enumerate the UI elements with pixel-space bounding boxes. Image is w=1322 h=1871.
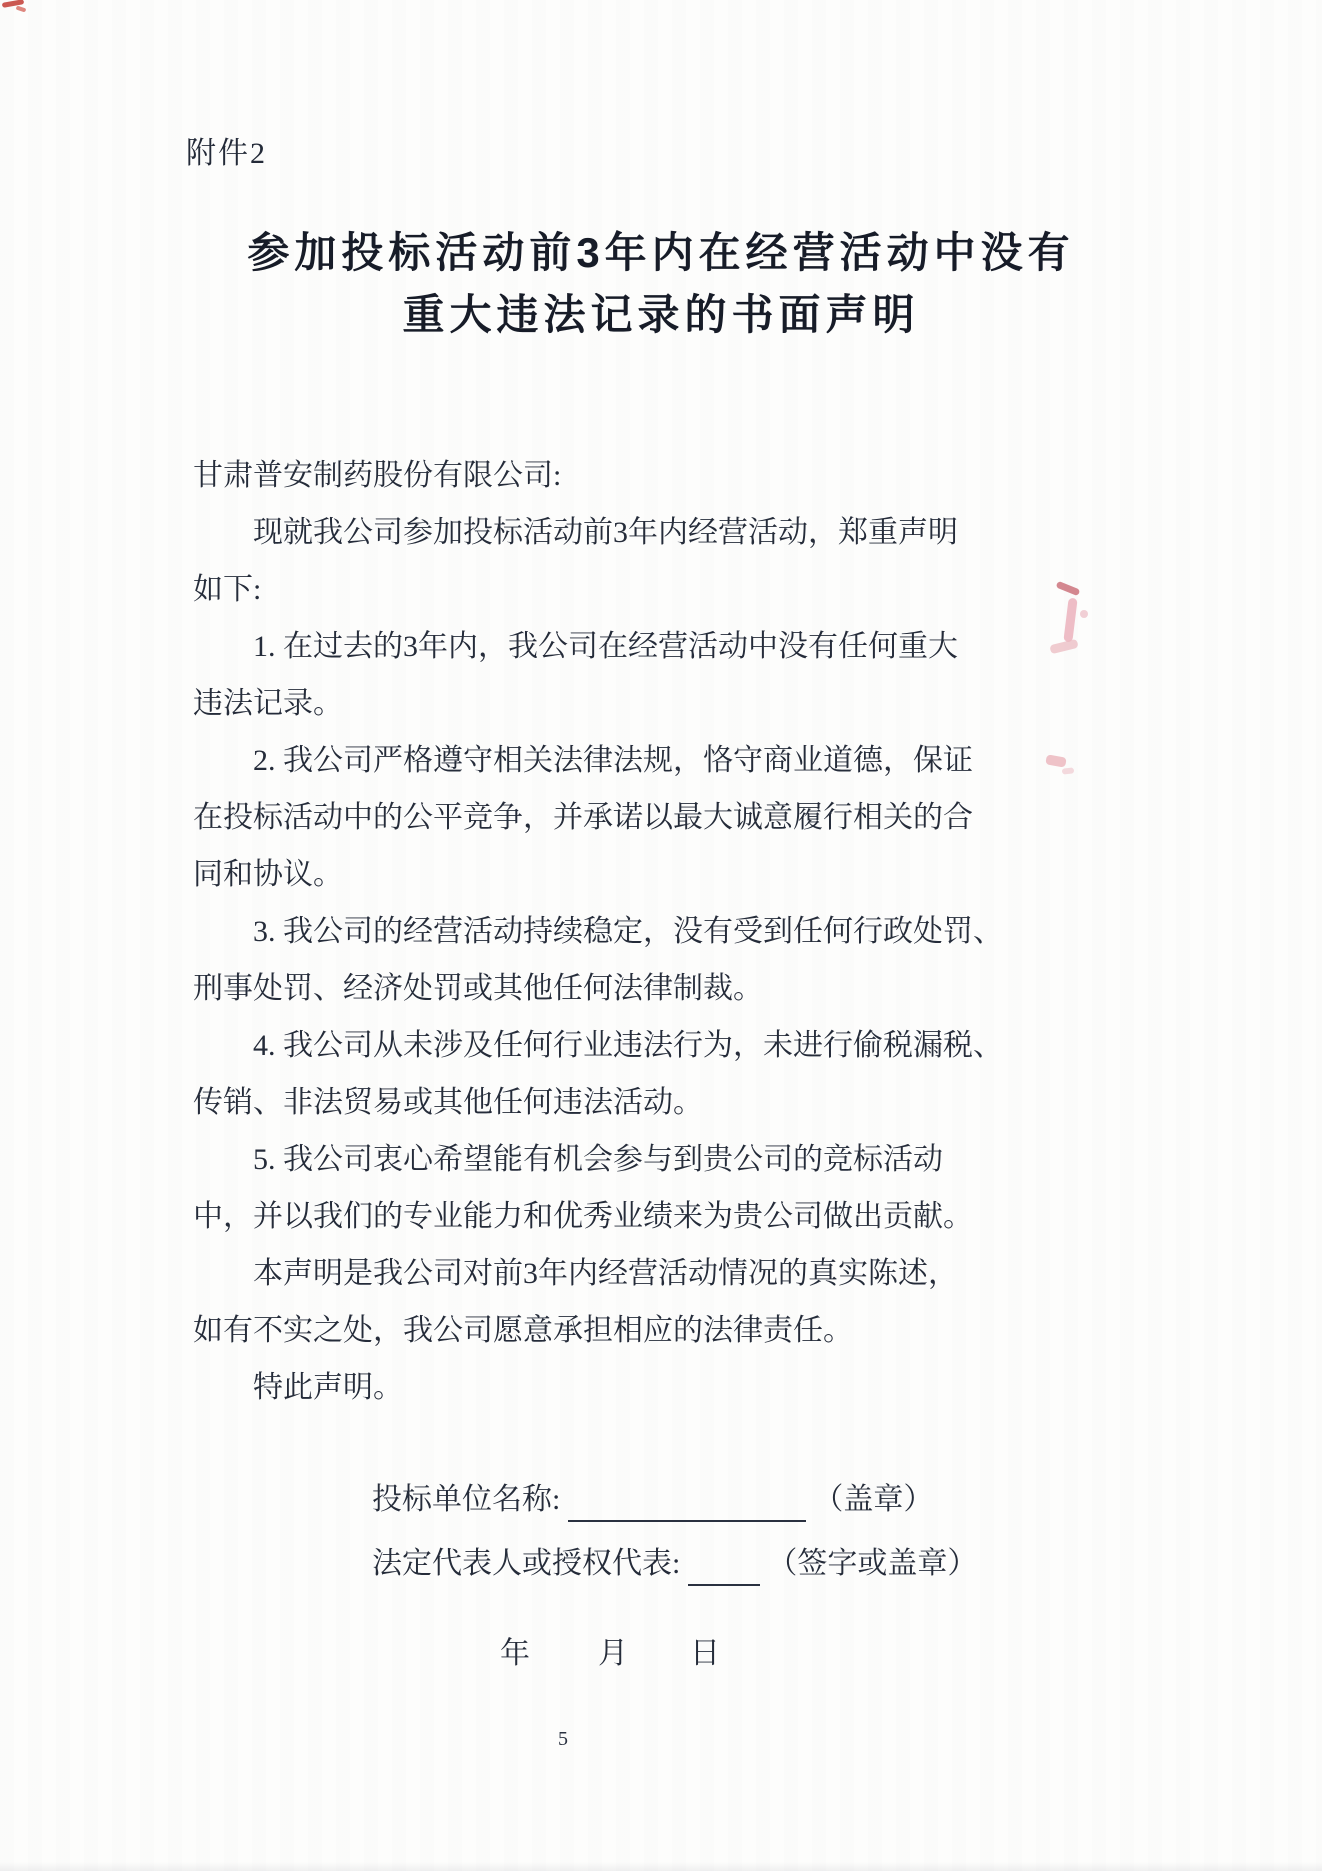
date-month-label: 月 <box>598 1628 628 1672</box>
body-line: 违法记录。 <box>193 675 975 732</box>
bidder-name-row: 投标单位名称: （盖章） <box>372 1478 1012 1542</box>
document-title: 参加投标活动前3年内在经营活动中没有 重大违法记录的书面声明 <box>0 222 1322 346</box>
scan-pink-smudge <box>1045 754 1066 767</box>
title-line-1: 参加投标活动前3年内在经营活动中没有 <box>0 222 1322 284</box>
body-line: 如有不实之处，我公司愿意承担相应的法律责任。 <box>193 1302 975 1359</box>
scan-pink-smudge <box>1080 610 1088 618</box>
body-line: 在投标活动中的公平竞争，并承诺以最大诚意履行相关的合 <box>193 789 975 846</box>
signature-block: 投标单位名称: （盖章） 法定代表人或授权代表: （签字或盖章） 年 月 日 <box>372 1478 1012 1672</box>
body-line: 中，并以我们的专业能力和优秀业绩来为贵公司做出贡献。 <box>193 1188 975 1245</box>
date-day-label: 日 <box>690 1628 720 1672</box>
body-line-item3: 3. 我公司的经营活动持续稳定，没有受到任何行政处罚、 <box>193 903 975 960</box>
scan-edge-shadow <box>0 1862 1322 1871</box>
addressee-line: 甘肃普安制药股份有限公司: <box>193 447 975 504</box>
scanned-document-page: 附件2 参加投标活动前3年内在经营活动中没有 重大违法记录的书面声明 甘肃普安制… <box>0 0 1322 1871</box>
bidder-name-blank-line <box>568 1486 806 1522</box>
sign-or-seal-note: （签字或盖章） <box>767 1547 977 1580</box>
scan-pink-smudge <box>1049 639 1078 655</box>
body-line: 同和协议。 <box>193 846 975 903</box>
attachment-label: 附件2 <box>186 128 267 172</box>
closing-line: 特此声明。 <box>193 1359 975 1416</box>
declaration-body: 甘肃普安制药股份有限公司: 现就我公司参加投标活动前3年内经营活动，郑重声明 如… <box>193 447 975 1416</box>
date-year-label: 年 <box>500 1628 530 1672</box>
body-line: 本声明是我公司对前3年内经营活动情况的真实陈述， <box>193 1245 975 1302</box>
scan-red-corner-mark <box>16 6 27 13</box>
legal-representative-label: 法定代表人或授权代表: <box>372 1547 680 1580</box>
date-row: 年 月 日 <box>372 1628 1012 1672</box>
body-line: 刑事处罚、经济处罚或其他任何法律制裁。 <box>193 960 975 1017</box>
seal-note: （盖章） <box>813 1483 933 1516</box>
body-line: 传销、非法贸易或其他任何违法活动。 <box>193 1074 975 1131</box>
body-line-item4: 4. 我公司从未涉及任何行业违法行为，未进行偷税漏税、 <box>193 1017 975 1074</box>
body-line-item1: 1. 在过去的3年内，我公司在经营活动中没有任何重大 <box>193 618 975 675</box>
body-line: 如下: <box>193 561 975 618</box>
body-line: 现就我公司参加投标活动前3年内经营活动，郑重声明 <box>193 504 975 561</box>
legal-representative-blank-line <box>688 1550 760 1586</box>
body-line-item2: 2. 我公司严格遵守相关法律法规，恪守商业道德，保证 <box>193 732 975 789</box>
body-line-item5: 5. 我公司衷心希望能有机会参与到贵公司的竞标活动 <box>193 1131 975 1188</box>
legal-representative-row: 法定代表人或授权代表: （签字或盖章） <box>372 1542 1012 1606</box>
scan-pink-smudge <box>1062 767 1075 774</box>
page-number: 5 <box>548 1728 578 1751</box>
title-line-2: 重大违法记录的书面声明 <box>0 284 1322 346</box>
scan-pink-smudge <box>1063 598 1077 643</box>
scan-pink-smudge <box>1056 581 1081 596</box>
bidder-name-label: 投标单位名称: <box>372 1483 560 1516</box>
